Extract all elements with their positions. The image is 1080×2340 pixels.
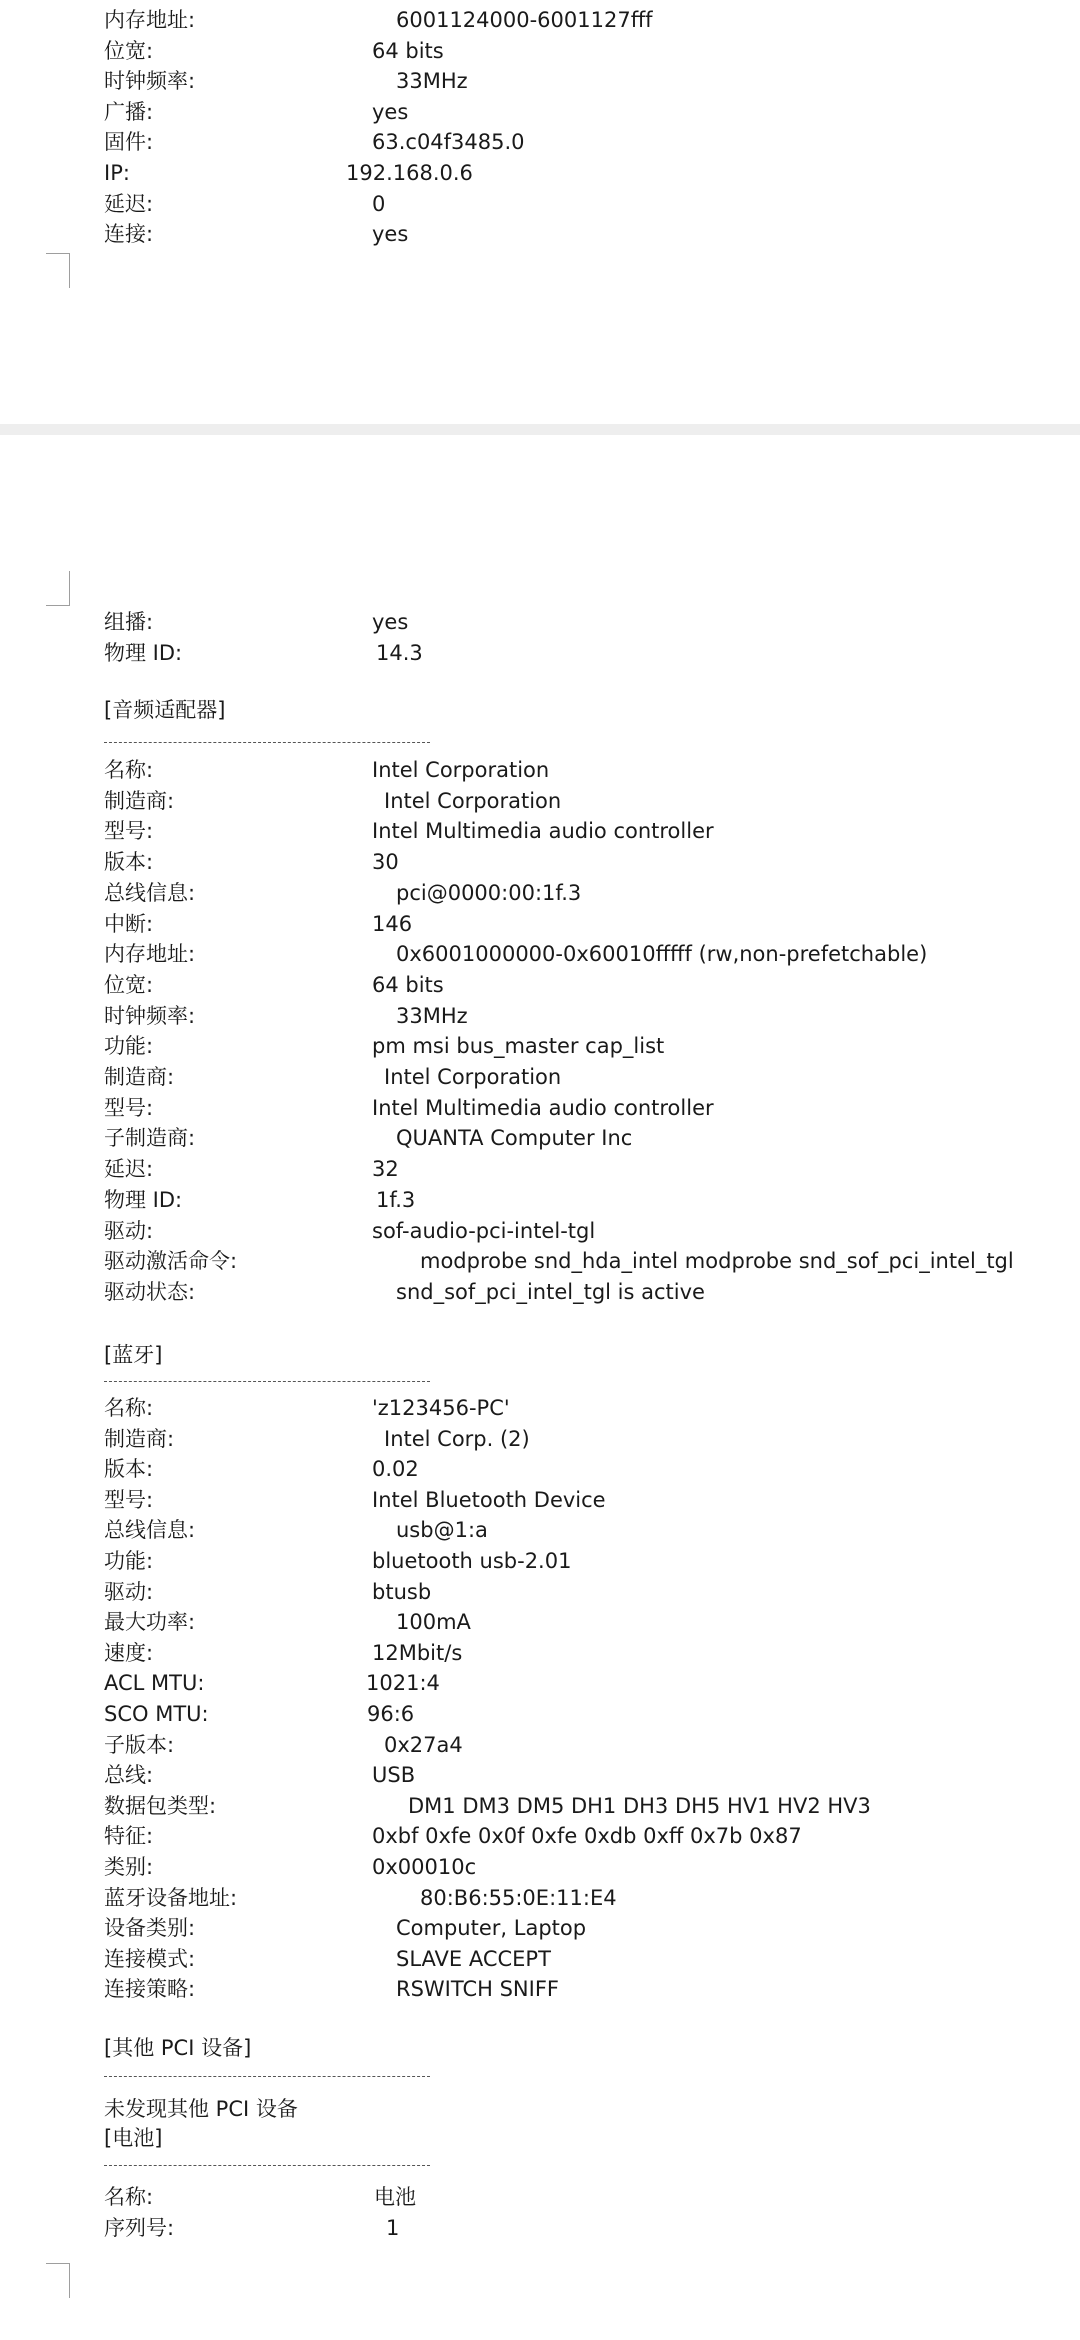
detail-row: 总线信息:usb@1:a xyxy=(104,1515,1064,1545)
detail-value: snd_sof_pci_intel_tgl is active xyxy=(396,1277,705,1307)
detail-row: 物理 ID:14.3 xyxy=(104,638,1064,668)
detail-value: 146 xyxy=(372,909,412,939)
detail-value: 14.3 xyxy=(376,638,423,668)
detail-row: 连接策略:RSWITCH SNIFF xyxy=(104,1974,1064,2004)
detail-label: 驱动状态: xyxy=(104,1277,195,1307)
page-corner-mark-bottom-2 xyxy=(69,2263,70,2298)
detail-value: 63.c04f3485.0 xyxy=(372,127,525,157)
detail-row: 物理 ID:1f.3 xyxy=(104,1185,1064,1215)
detail-row: 型号:Intel Multimedia audio controller xyxy=(104,1093,1064,1123)
detail-value: yes xyxy=(372,97,408,127)
detail-value: usb@1:a xyxy=(396,1515,488,1545)
detail-label: 广播: xyxy=(104,97,153,127)
detail-row: 制造商:Intel Corporation xyxy=(104,786,1064,816)
section-divider-audio xyxy=(104,742,430,743)
detail-row: 特征:0xbf 0xfe 0x0f 0xfe 0xdb 0xff 0x7b 0x… xyxy=(104,1821,1064,1851)
detail-value: 192.168.0.6 xyxy=(346,158,473,188)
section-divider-battery xyxy=(104,2165,430,2166)
detail-row: ACL MTU:1021:4 xyxy=(104,1668,1064,1698)
detail-value: 6001124000-6001127fff xyxy=(396,5,653,35)
detail-label: 延迟: xyxy=(104,1154,153,1184)
detail-value: 0 xyxy=(372,189,385,219)
detail-value: 64 bits xyxy=(372,970,444,1000)
detail-label: 总线信息: xyxy=(104,878,195,908)
detail-label: 物理 ID: xyxy=(104,638,182,668)
detail-row: 数据包类型:DM1 DM3 DM5 DH1 DH3 DH5 HV1 HV2 HV… xyxy=(104,1791,1064,1821)
detail-row: 制造商:Intel Corporation xyxy=(104,1062,1064,1092)
detail-row: 版本:30 xyxy=(104,847,1064,877)
detail-row: SCO MTU:96:6 xyxy=(104,1699,1064,1729)
detail-label: 名称: xyxy=(104,2182,153,2212)
detail-value: USB xyxy=(372,1760,415,1790)
detail-value: 0x00010c xyxy=(372,1852,476,1882)
detail-value: DM1 DM3 DM5 DH1 DH3 DH5 HV1 HV2 HV3 xyxy=(408,1791,871,1821)
detail-value: Intel Corporation xyxy=(384,786,561,816)
detail-label: 总线: xyxy=(104,1760,153,1790)
detail-row: 功能:bluetooth usb-2.01 xyxy=(104,1546,1064,1576)
detail-label: 功能: xyxy=(104,1031,153,1061)
detail-label: 驱动: xyxy=(104,1216,153,1246)
detail-label: ACL MTU: xyxy=(104,1668,204,1698)
detail-label: 驱动: xyxy=(104,1577,153,1607)
detail-value: 0x27a4 xyxy=(384,1730,463,1760)
detail-label: 类别: xyxy=(104,1852,153,1882)
detail-row: IP:192.168.0.6 xyxy=(104,158,1064,188)
detail-value: 1 xyxy=(386,2213,399,2243)
section-divider-bluetooth xyxy=(104,1381,430,1382)
detail-value: Intel Corporation xyxy=(384,1062,561,1092)
detail-label: 子制造商: xyxy=(104,1123,195,1153)
detail-label: 名称: xyxy=(104,1393,153,1423)
detail-value: bluetooth usb-2.01 xyxy=(372,1546,571,1576)
detail-label: 时钟频率: xyxy=(104,66,195,96)
detail-row: 位宽:64 bits xyxy=(104,970,1064,1000)
detail-row: 制造商:Intel Corp. (2) xyxy=(104,1424,1064,1454)
detail-row: 驱动激活命令:modprobe snd_hda_intel modprobe s… xyxy=(104,1246,1064,1276)
detail-label: 版本: xyxy=(104,847,153,877)
detail-label: 连接策略: xyxy=(104,1974,195,2004)
detail-value: 1f.3 xyxy=(376,1185,415,1215)
detail-row: 功能:pm msi bus_master cap_list xyxy=(104,1031,1064,1061)
page-corner-mark-bottom-line xyxy=(46,253,70,254)
detail-row: 驱动:btusb xyxy=(104,1577,1064,1607)
detail-label: 型号: xyxy=(104,1485,153,1515)
detail-row: 名称:'z123456-PC' xyxy=(104,1393,1064,1423)
detail-label: 位宽: xyxy=(104,36,153,66)
detail-row: 位宽:64 bits xyxy=(104,36,1064,66)
detail-label: 子版本: xyxy=(104,1730,174,1760)
detail-value: SLAVE ACCEPT xyxy=(396,1944,551,1974)
detail-value: 1021:4 xyxy=(366,1668,440,1698)
detail-row: 连接:yes xyxy=(104,219,1064,249)
page-corner-mark-bottom-2-line xyxy=(46,2263,70,2264)
detail-label: 中断: xyxy=(104,909,153,939)
section-title-other-pci: [其他 PCI 设备] xyxy=(104,2033,251,2063)
detail-value: 32 xyxy=(372,1154,399,1184)
detail-row: 内存地址:6001124000-6001127fff xyxy=(104,5,1064,35)
detail-row: 连接模式:SLAVE ACCEPT xyxy=(104,1944,1064,1974)
detail-value: 0x6001000000-0x60010fffff (rw,non-prefet… xyxy=(396,939,927,969)
section-title-bluetooth: [蓝牙] xyxy=(104,1340,162,1370)
detail-row: 时钟频率:33MHz xyxy=(104,1001,1064,1031)
detail-value: 33MHz xyxy=(396,66,468,96)
detail-row: 驱动状态:snd_sof_pci_intel_tgl is active xyxy=(104,1277,1064,1307)
detail-row: 驱动:sof-audio-pci-intel-tgl xyxy=(104,1216,1064,1246)
detail-row: 型号:Intel Bluetooth Device xyxy=(104,1485,1064,1515)
detail-value: 0xbf 0xfe 0x0f 0xfe 0xdb 0xff 0x7b 0x87 xyxy=(372,1821,802,1851)
detail-value: 'z123456-PC' xyxy=(372,1393,510,1423)
detail-label: 总线信息: xyxy=(104,1515,195,1545)
detail-label: 内存地址: xyxy=(104,5,195,35)
page-corner-mark-top xyxy=(69,571,70,606)
detail-row: 型号:Intel Multimedia audio controller xyxy=(104,816,1064,846)
detail-row: 内存地址:0x6001000000-0x60010fffff (rw,non-p… xyxy=(104,939,1064,969)
detail-value: 33MHz xyxy=(396,1001,468,1031)
detail-label: 连接: xyxy=(104,219,153,249)
detail-label: 速度: xyxy=(104,1638,153,1668)
detail-label: 功能: xyxy=(104,1546,153,1576)
detail-value: modprobe snd_hda_intel modprobe snd_sof_… xyxy=(420,1246,1014,1276)
detail-row: 子版本:0x27a4 xyxy=(104,1730,1064,1760)
detail-value: sof-audio-pci-intel-tgl xyxy=(372,1216,595,1246)
detail-value: Intel Corp. (2) xyxy=(384,1424,530,1454)
detail-label: 版本: xyxy=(104,1454,153,1484)
detail-value: Intel Multimedia audio controller xyxy=(372,1093,714,1123)
detail-value: 96:6 xyxy=(367,1699,414,1729)
detail-label: 蓝牙设备地址: xyxy=(104,1883,237,1913)
detail-value: QUANTA Computer Inc xyxy=(396,1123,632,1153)
detail-label: 固件: xyxy=(104,127,153,157)
detail-value: 0.02 xyxy=(372,1454,419,1484)
detail-row: 最大功率:100mA xyxy=(104,1607,1064,1637)
detail-value: Computer, Laptop xyxy=(396,1913,586,1943)
detail-label: 数据包类型: xyxy=(104,1791,216,1821)
detail-row: 速度:12Mbit/s xyxy=(104,1638,1064,1668)
detail-value: pci@0000:00:1f.3 xyxy=(396,878,581,908)
detail-label: SCO MTU: xyxy=(104,1699,209,1729)
detail-label: 延迟: xyxy=(104,189,153,219)
detail-label: 位宽: xyxy=(104,970,153,1000)
detail-row: 中断:146 xyxy=(104,909,1064,939)
detail-label: IP: xyxy=(104,158,130,188)
detail-value: 电池 xyxy=(374,2182,416,2212)
detail-label: 最大功率: xyxy=(104,1607,195,1637)
detail-label: 连接模式: xyxy=(104,1944,195,1974)
detail-label: 制造商: xyxy=(104,786,174,816)
detail-label: 驱动激活命令: xyxy=(104,1246,237,1276)
detail-row: 类别:0x00010c xyxy=(104,1852,1064,1882)
detail-value: yes xyxy=(372,219,408,249)
detail-row: 名称:电池 xyxy=(104,2182,1064,2212)
detail-value: Intel Multimedia audio controller xyxy=(372,816,714,846)
detail-value: yes xyxy=(372,607,408,637)
detail-value: 64 bits xyxy=(372,36,444,66)
detail-value: pm msi bus_master cap_list xyxy=(372,1031,664,1061)
detail-row: 延迟:32 xyxy=(104,1154,1064,1184)
detail-value: 30 xyxy=(372,847,399,877)
detail-value: 12Mbit/s xyxy=(372,1638,462,1668)
detail-row: 设备类别:Computer, Laptop xyxy=(104,1913,1064,1943)
detail-label: 型号: xyxy=(104,1093,153,1123)
detail-row: 组播:yes xyxy=(104,607,1064,637)
page-separator xyxy=(0,424,1080,435)
detail-label: 名称: xyxy=(104,755,153,785)
detail-row: 名称:Intel Corporation xyxy=(104,755,1064,785)
detail-row: 时钟频率:33MHz xyxy=(104,66,1064,96)
detail-value: Intel Corporation xyxy=(372,755,549,785)
detail-label: 设备类别: xyxy=(104,1913,195,1943)
detail-value: RSWITCH SNIFF xyxy=(396,1974,559,2004)
page-corner-mark-bottom xyxy=(69,253,70,288)
detail-row: 广播:yes xyxy=(104,97,1064,127)
detail-value: Intel Bluetooth Device xyxy=(372,1485,606,1515)
detail-label: 内存地址: xyxy=(104,939,195,969)
detail-value: 100mA xyxy=(396,1607,471,1637)
detail-label: 制造商: xyxy=(104,1062,174,1092)
detail-value: btusb xyxy=(372,1577,431,1607)
detail-row: 蓝牙设备地址:80:B6:55:0E:11:E4 xyxy=(104,1883,1064,1913)
detail-row: 固件:63.c04f3485.0 xyxy=(104,127,1064,157)
section-title-audio: [音频适配器] xyxy=(104,695,225,725)
section-divider-other-pci xyxy=(104,2076,430,2077)
document-page-1: 内存地址:6001124000-6001127fff位宽:64 bits时钟频率… xyxy=(0,0,1080,424)
detail-label: 物理 ID: xyxy=(104,1185,182,1215)
detail-label: 特征: xyxy=(104,1821,153,1851)
page-corner-mark-top-line xyxy=(46,605,70,606)
section-title-battery: [电池] xyxy=(104,2123,162,2153)
detail-row: 总线:USB xyxy=(104,1760,1064,1790)
detail-value: 80:B6:55:0E:11:E4 xyxy=(420,1883,617,1913)
detail-label: 组播: xyxy=(104,607,153,637)
detail-label: 制造商: xyxy=(104,1424,174,1454)
other-pci-message: 未发现其他 PCI 设备 xyxy=(104,2094,298,2124)
detail-row: 序列号:1 xyxy=(104,2213,1064,2243)
detail-row: 总线信息:pci@0000:00:1f.3 xyxy=(104,878,1064,908)
detail-row: 延迟:0 xyxy=(104,189,1064,219)
detail-label: 序列号: xyxy=(104,2213,174,2243)
detail-row: 子制造商:QUANTA Computer Inc xyxy=(104,1123,1064,1153)
detail-row: 版本:0.02 xyxy=(104,1454,1064,1484)
detail-label: 时钟频率: xyxy=(104,1001,195,1031)
detail-label: 型号: xyxy=(104,816,153,846)
